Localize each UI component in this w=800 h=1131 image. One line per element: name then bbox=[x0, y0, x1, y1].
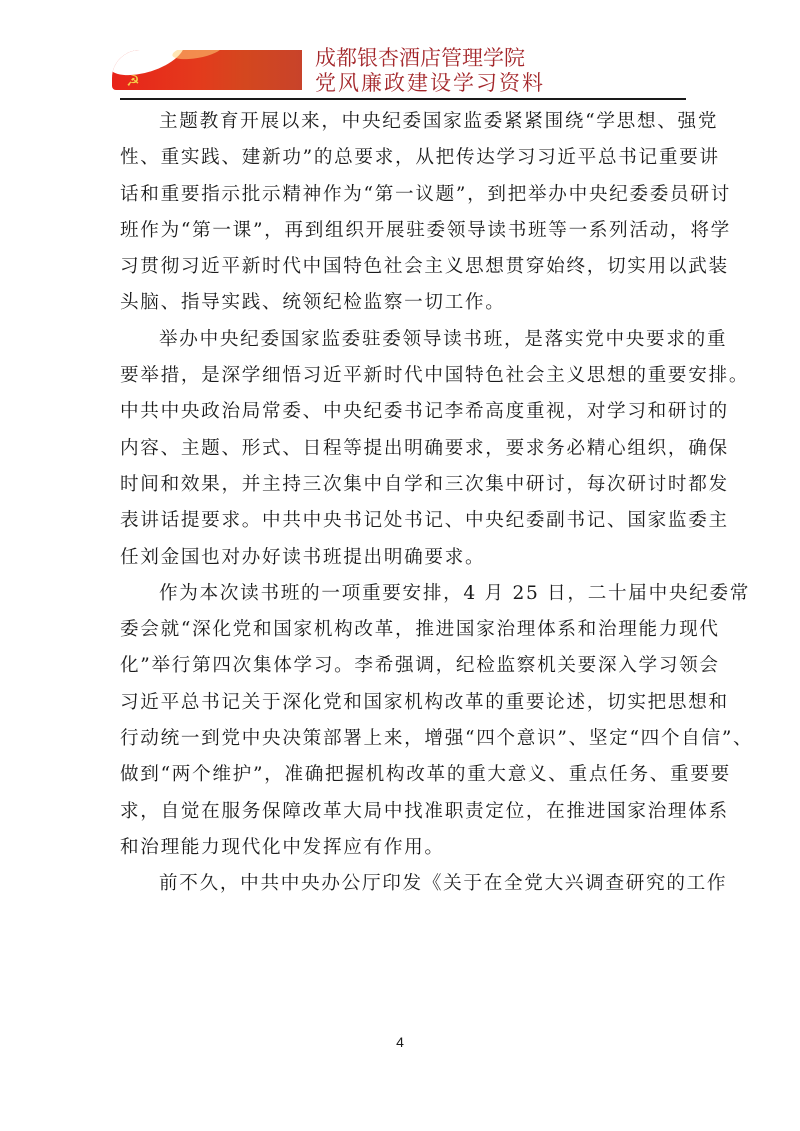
paragraph-2-line-7: 任刘金国也对办好读书班提出明确要求。 bbox=[120, 540, 686, 576]
paragraph-2-line-3: 中共中央政治局常委、中央纪委书记李希高度重视，对学习和研讨的 bbox=[120, 394, 686, 430]
page-number: 4 bbox=[390, 1034, 410, 1050]
paragraph-1-line-6: 头脑、指导实践、统领纪检监察一切工作。 bbox=[120, 285, 686, 321]
paragraph-3-line-5: 行动统一到党中央决策部署上来，增强“四个意识”、坚定“四个自信”、 bbox=[120, 721, 686, 757]
paragraph-3-line-7: 求，自觉在服务保障改革大局中找准职责定位，在推进国家治理体系 bbox=[120, 794, 686, 830]
paragraph-3-line-4: 习近平总书记关于深化党和国家机构改革的重要论述，切实把思想和 bbox=[120, 685, 686, 721]
paragraph-2-line-2: 要举措，是深学细悟习近平新时代中国特色社会主义思想的重要安排。 bbox=[120, 358, 686, 394]
paragraph-1-line-2: 性、重实践、建新功”的总要求，从把传达学习习近平总书记重要讲 bbox=[120, 140, 686, 176]
paragraph-2-line-5: 时间和效果，并主持三次集中自学和三次集中研讨，每次研讨时都发 bbox=[120, 467, 686, 503]
paragraph-1-line-3: 话和重要指示批示精神作为“第一议题”，到把举办中央纪委委员研讨 bbox=[120, 177, 686, 213]
page-header: ☭ 成都银杏酒店管理学院 党风廉政建设学习资料 bbox=[110, 44, 690, 100]
paragraph-3-line-6: 做到“两个维护”，准确把握机构改革的重大意义、重点任务、重要要 bbox=[120, 757, 686, 793]
paragraph-3-line-3: 化”举行第四次集体学习。李希强调，纪检监察机关要深入学习领会 bbox=[120, 648, 686, 684]
paragraph-1-line-4: 班作为“第一课”，再到组织开展驻委领导读书班等一系列活动，将学 bbox=[120, 213, 686, 249]
paragraph-1-line-5: 习贯彻习近平新时代中国特色社会主义思想贯穿始终，切实用以武装 bbox=[120, 249, 686, 285]
paragraph-2-line-1: 举办中央纪委国家监委驻委领导读书班，是落实党中央要求的重 bbox=[120, 322, 686, 358]
paragraph-4-line-1: 前不久，中共中央办公厅印发《关于在全党大兴调查研究的工作 bbox=[120, 866, 686, 902]
paragraph-1-line-1: 主题教育开展以来，中央纪委国家监委紧紧围绕“学思想、强党 bbox=[120, 104, 686, 140]
paragraph-2-line-6: 表讲话提要求。中共中央书记处书记、中央纪委副书记、国家监委主 bbox=[120, 503, 686, 539]
header-titles: 成都银杏酒店管理学院 党风廉政建设学习资料 bbox=[315, 46, 545, 96]
party-flag-logo: ☭ bbox=[112, 50, 302, 90]
paragraph-2-line-4: 内容、主题、形式、日程等提出明确要求，要求务必精心组织，确保 bbox=[120, 431, 686, 467]
paragraph-3-line-1: 作为本次读书班的一项重要安排，4 月 25 日，二十届中央纪委常 bbox=[120, 576, 686, 612]
institution-name: 成都银杏酒店管理学院 bbox=[315, 46, 545, 71]
paragraph-3-line-8: 和治理能力现代化中发挥应有作用。 bbox=[120, 830, 686, 866]
header-divider bbox=[120, 98, 686, 100]
document-series-title: 党风廉政建设学习资料 bbox=[315, 71, 545, 96]
document-body: 主题教育开展以来，中央纪委国家监委紧紧围绕“学思想、强党 性、重实践、建新功”的… bbox=[120, 104, 686, 903]
paragraph-3-line-2: 委会就“深化党和国家机构改革，推进国家治理体系和治理能力现代 bbox=[120, 612, 686, 648]
party-emblem-icon: ☭ bbox=[122, 72, 144, 90]
